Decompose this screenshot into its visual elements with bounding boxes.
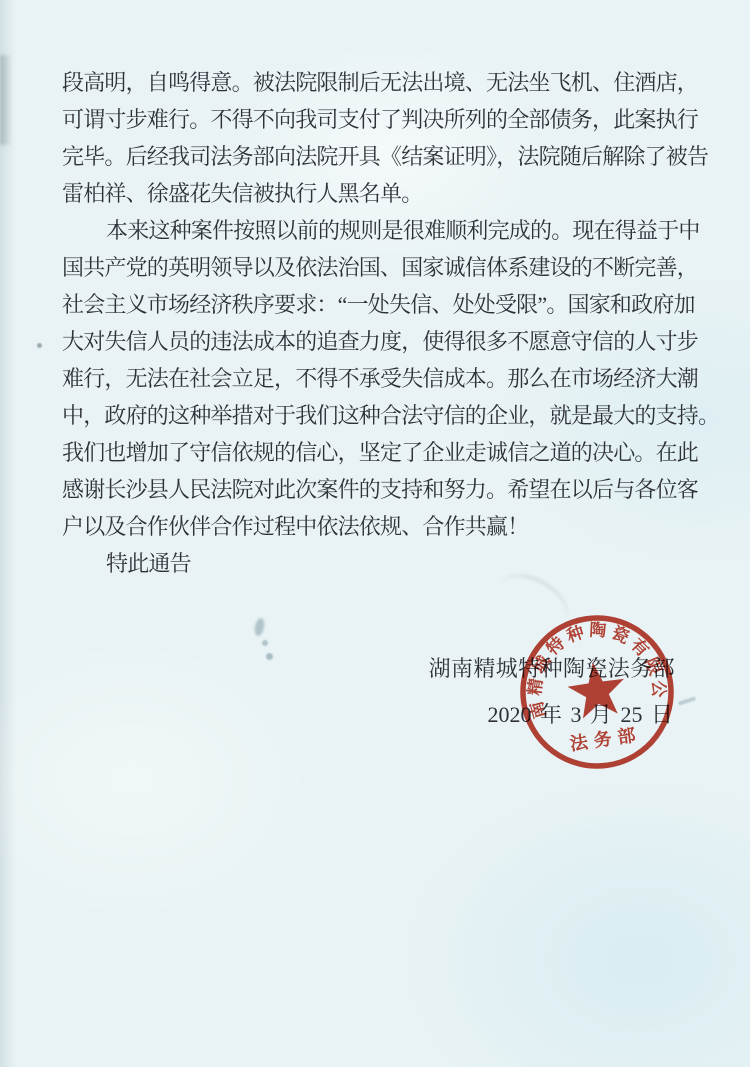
- text-line: 完毕。后经我司法务部向法院开具《结案证明》，法院随后解除了被告: [62, 138, 702, 175]
- text-line: 雷柏祥、徐盛花失信被执行人黑名单。: [62, 175, 702, 212]
- text-line: 难行，无法在社会立足，不得不承受失信成本。那么在市场经济大潮: [62, 360, 702, 397]
- text-line: 国共产党的英明领导以及依法治国、国家诚信体系建设的不断完善，: [62, 249, 702, 286]
- text-line: 户以及合作伙伴合作过程中依法依规、合作共赢！: [62, 508, 702, 545]
- ink-smudge: [253, 617, 266, 636]
- text-line: 段高明，自鸣得意。被法院限制后无法出境、无法坐飞机、住酒店，: [62, 64, 702, 101]
- text-line: 社会主义市场经济秩序要求：“一处失信、处处受限”。国家和政府加: [62, 286, 702, 323]
- seal-department-text: 法务部: [568, 723, 642, 754]
- text-line: 中，政府的这种举措对于我们这种合法守信的企业，就是最大的支持。: [62, 397, 702, 434]
- text-line: 可谓寸步难行。不得不向我司支付了判决所列的全部债务，此案执行: [62, 101, 702, 138]
- text-line: 本来这种案件按照以前的规则是很难顺利完成的。现在得益于中: [62, 212, 702, 249]
- ink-smudge: [37, 343, 42, 348]
- official-seal: 湖南精城特种陶瓷有限公司 法务部: [501, 596, 693, 788]
- ink-smudge: [262, 640, 268, 646]
- text-line: 我们也增加了守信依规的信心，坚定了企业走诚信之道的决心。在此: [62, 434, 702, 471]
- text-line: 感谢长沙县人民法院对此次案件的支持和努力。希望在以后与各位客: [62, 471, 702, 508]
- scan-edge-shadow: [0, 55, 12, 145]
- ink-smudge: [266, 653, 273, 660]
- closing-statement: 特此通告: [62, 545, 702, 582]
- notice-body: 段高明，自鸣得意。被法院限制后无法出境、无法坐飞机、住酒店， 可谓寸步难行。不得…: [62, 64, 702, 582]
- scanned-notice-page: 段高明，自鸣得意。被法院限制后无法出境、无法坐飞机、住酒店， 可谓寸步难行。不得…: [0, 0, 750, 1067]
- red-star-icon: [565, 658, 629, 720]
- text-line: 大对失信人员的违法成本的追查力度，使得很多不愿意守信的人寸步: [62, 323, 702, 360]
